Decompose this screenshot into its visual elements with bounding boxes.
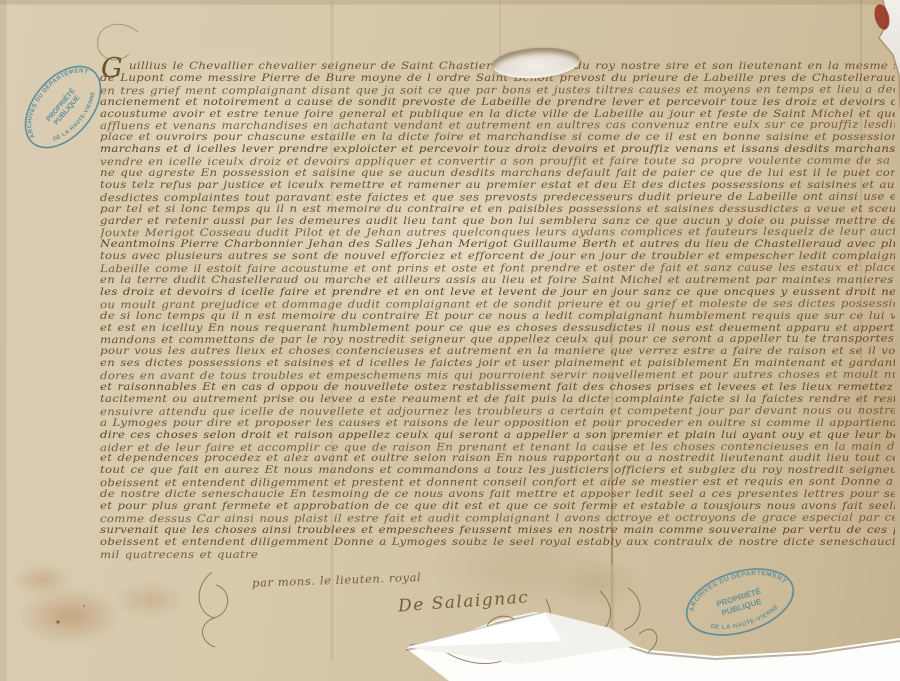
manuscript-line: et pour plus grant fermete et approbatio… [100,501,895,513]
manuscript-line: en la terre dudit Chastelleraud ou march… [100,275,895,287]
manuscript-line: et est en icelluy En nous requerant humb… [100,323,895,335]
manuscript-line: ne que agreste En possession et saisine … [100,168,895,180]
manuscript-line: Neantmoins Pierre Charbonnier Jehan des … [100,239,895,251]
manuscript-line: acoustume avoir et estre tenue foire gen… [100,109,895,121]
manuscript-line: les droiz et devoirs d icelle faire et p… [100,287,895,299]
manuscript-line: place et ouvroirs pour chascune estaille… [100,132,895,144]
manuscript-line: marchans et d icelles lever prendre expl… [100,144,895,156]
manuscript-line: par tel et si lonc temps qu il n est mem… [100,204,895,216]
manuscript-line: tout ce que fait en aurez Et nous mandon… [100,465,895,477]
manuscript-line: tous avec plusieurs autres se sont de no… [100,251,895,263]
manuscript-line: dire ces choses selon droit et raison ap… [100,430,895,442]
manuscript-line: pour vous les autres lieux et choses con… [100,346,895,358]
manuscript-line: et raisonnables Et en cas d oppou de nou… [100,382,895,394]
manuscript-line: et dependences procedez et alez avant et… [100,453,895,465]
manuscript-line: de Lupont come messire Pierre de Bure mo… [100,73,895,85]
manuscript-line: a Lymoges pour dire et proposer les caus… [100,418,895,430]
manuscript-line: survenait que les choses ainsi troublees… [100,525,895,537]
manuscript-line: tous telz refus par justice et iceulx re… [100,180,895,192]
manuscript-line: garder et retenir aussi par les demeures… [100,216,895,228]
manuscript-line: de nostre dicte seneschaucie En tesmoing… [100,489,895,501]
manuscript-line: en ses dictes possessions et saisines et… [100,358,895,370]
manuscript-photo: G uillius le Chevallier chevalier seigne… [0,0,900,681]
manuscript-line: mil quatrecens et quatre [100,548,895,561]
manuscript-line: obeissent et entendent diligemment Donne… [100,537,895,549]
manuscript-body-text: uillius le Chevallier chevalier seigneur… [100,61,895,560]
manuscript-line: ancienement et notoirement a cause de so… [100,97,895,109]
manuscript-line: tacitement ou autrement prise ou levee a… [100,394,895,406]
manuscript-line: de si lonc temps qu il n est memoire du … [100,311,895,323]
